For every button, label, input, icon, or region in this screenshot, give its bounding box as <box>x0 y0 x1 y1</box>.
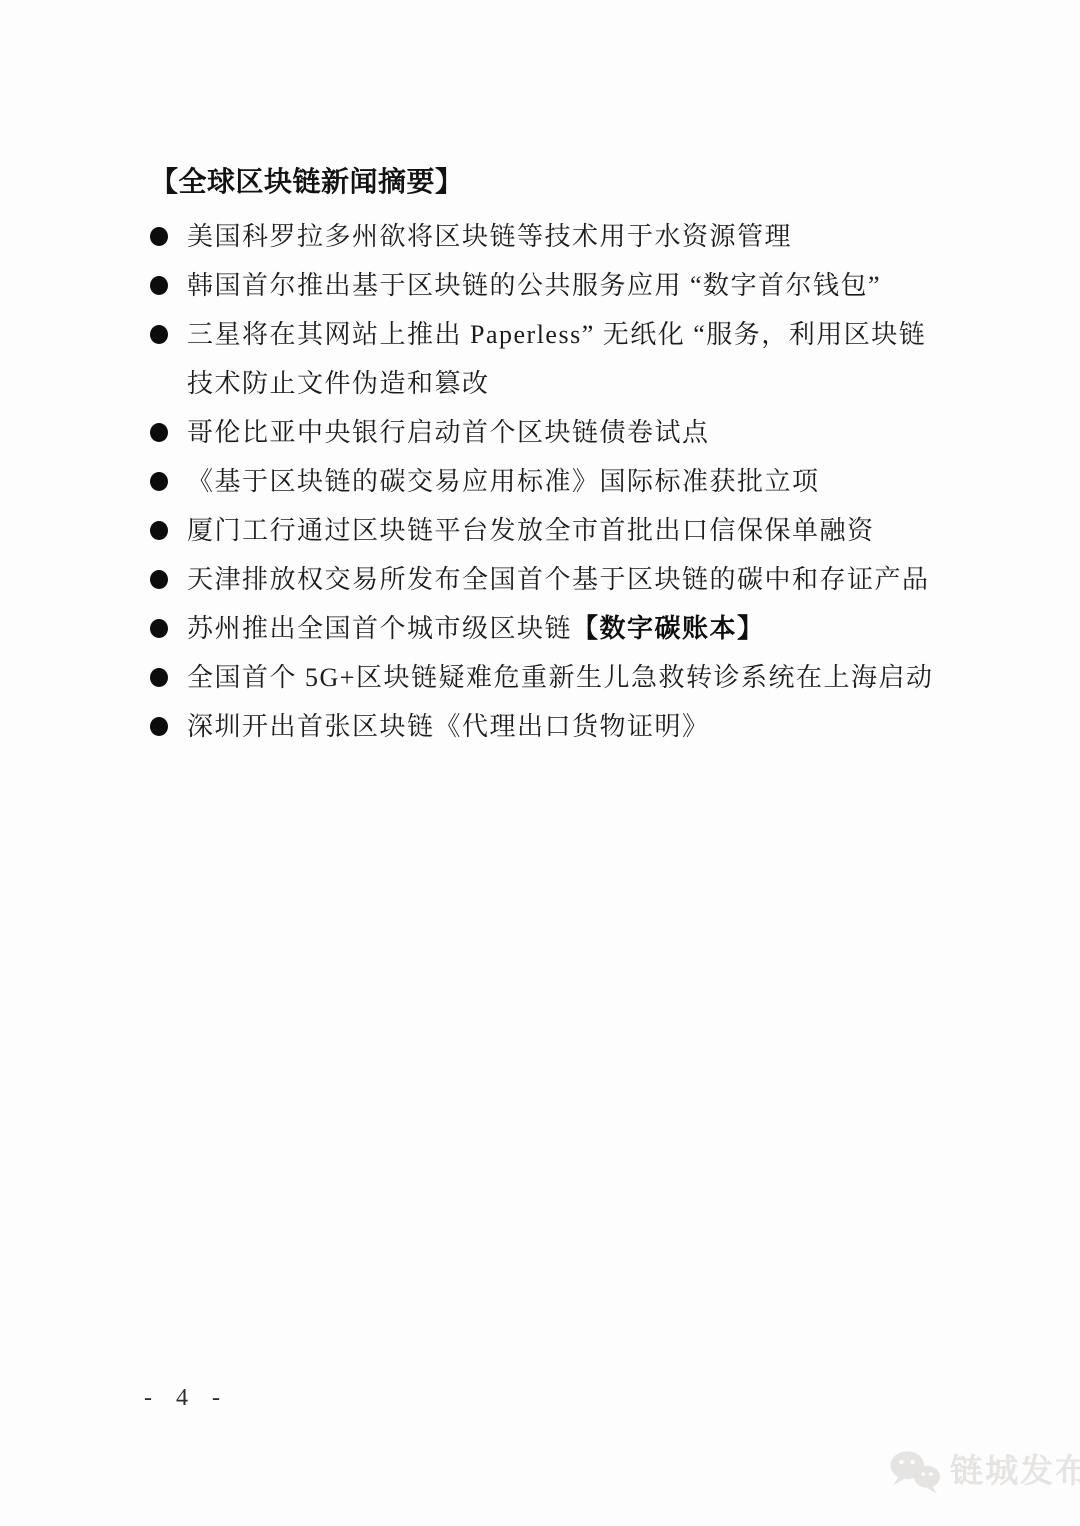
news-item-text: 全国首个 5G+区块链疑难危重新生儿急救转诊系统在上海启动 <box>187 663 933 692</box>
news-item: 美国科罗拉多州欲将区块链等技术用于水资源管理 <box>150 212 960 261</box>
news-list: 美国科罗拉多州欲将区块链等技术用于水资源管理 韩国首尔推出基于区块链的公共服务应… <box>150 212 960 751</box>
news-item: 全国首个 5G+区块链疑难危重新生儿急救转诊系统在上海启动 <box>150 653 960 702</box>
bullet-icon <box>150 521 168 540</box>
document-page: 【全球区块链新闻摘要】 美国科罗拉多州欲将区块链等技术用于水资源管理 韩国首尔推… <box>0 0 1080 1526</box>
watermark-text: 链城发布 <box>950 1447 1080 1497</box>
news-item-text: 哥伦比亚中央银行启动首个区块链债卷试点 <box>187 418 710 447</box>
page-title: 【全球区块链新闻摘要】 <box>150 166 960 200</box>
news-item-text: 厦门工行通过区块链平台发放全市首批出口信保保单融资 <box>187 516 875 545</box>
page-number: - 4 - <box>144 1383 229 1413</box>
watermark: 链城发布 <box>886 1447 1080 1497</box>
news-item: 《基于区块链的碳交易应用标准》国际标准获批立项 <box>150 457 960 506</box>
news-item-text: 苏州推出全国首个城市级区块链 <box>187 614 572 643</box>
news-item: 哥伦比亚中央银行启动首个区块链债卷试点 <box>150 408 960 457</box>
news-item: 苏州推出全国首个城市级区块链【数字碳账本】 <box>150 604 960 653</box>
news-item-text: 韩国首尔推出基于区块链的公共服务应用 “数字首尔钱包” <box>187 271 881 300</box>
news-item-text: 美国科罗拉多州欲将区块链等技术用于水资源管理 <box>187 222 792 251</box>
wechat-icon <box>886 1447 944 1497</box>
news-item: 厦门工行通过区块链平台发放全市首批出口信保保单融资 <box>150 506 960 555</box>
bullet-icon <box>150 668 168 687</box>
news-item: 深圳开出首张区块链《代理出口货物证明》 <box>150 702 960 751</box>
news-item: 韩国首尔推出基于区块链的公共服务应用 “数字首尔钱包” <box>150 261 960 310</box>
bullet-icon <box>150 325 168 344</box>
news-item-text: 《基于区块链的碳交易应用标准》国际标准获批立项 <box>187 467 820 496</box>
news-item-bold-text: 【数字碳账本】 <box>572 614 765 643</box>
news-item: 天津排放权交易所发布全国首个基于区块链的碳中和存证产品 <box>150 555 960 604</box>
bullet-icon <box>150 570 168 589</box>
bullet-icon <box>150 423 168 442</box>
document-content: 【全球区块链新闻摘要】 美国科罗拉多州欲将区块链等技术用于水资源管理 韩国首尔推… <box>150 166 960 751</box>
bullet-icon <box>150 619 168 638</box>
news-item: 三星将在其网站上推出 Paperless” 无纸化 “服务，利用区块链技术防止文… <box>150 310 960 408</box>
bullet-icon <box>150 276 168 295</box>
news-item-text: 三星将在其网站上推出 Paperless” 无纸化 “服务，利用区块链 <box>187 320 926 349</box>
bullet-icon <box>150 717 168 736</box>
bullet-icon <box>150 472 168 491</box>
bullet-icon <box>150 227 168 246</box>
news-item-text: 天津排放权交易所发布全国首个基于区块链的碳中和存证产品 <box>187 565 930 594</box>
news-item-text-line2: 技术防止文件伪造和篡改 <box>187 359 960 408</box>
news-item-text: 深圳开出首张区块链《代理出口货物证明》 <box>187 712 710 741</box>
